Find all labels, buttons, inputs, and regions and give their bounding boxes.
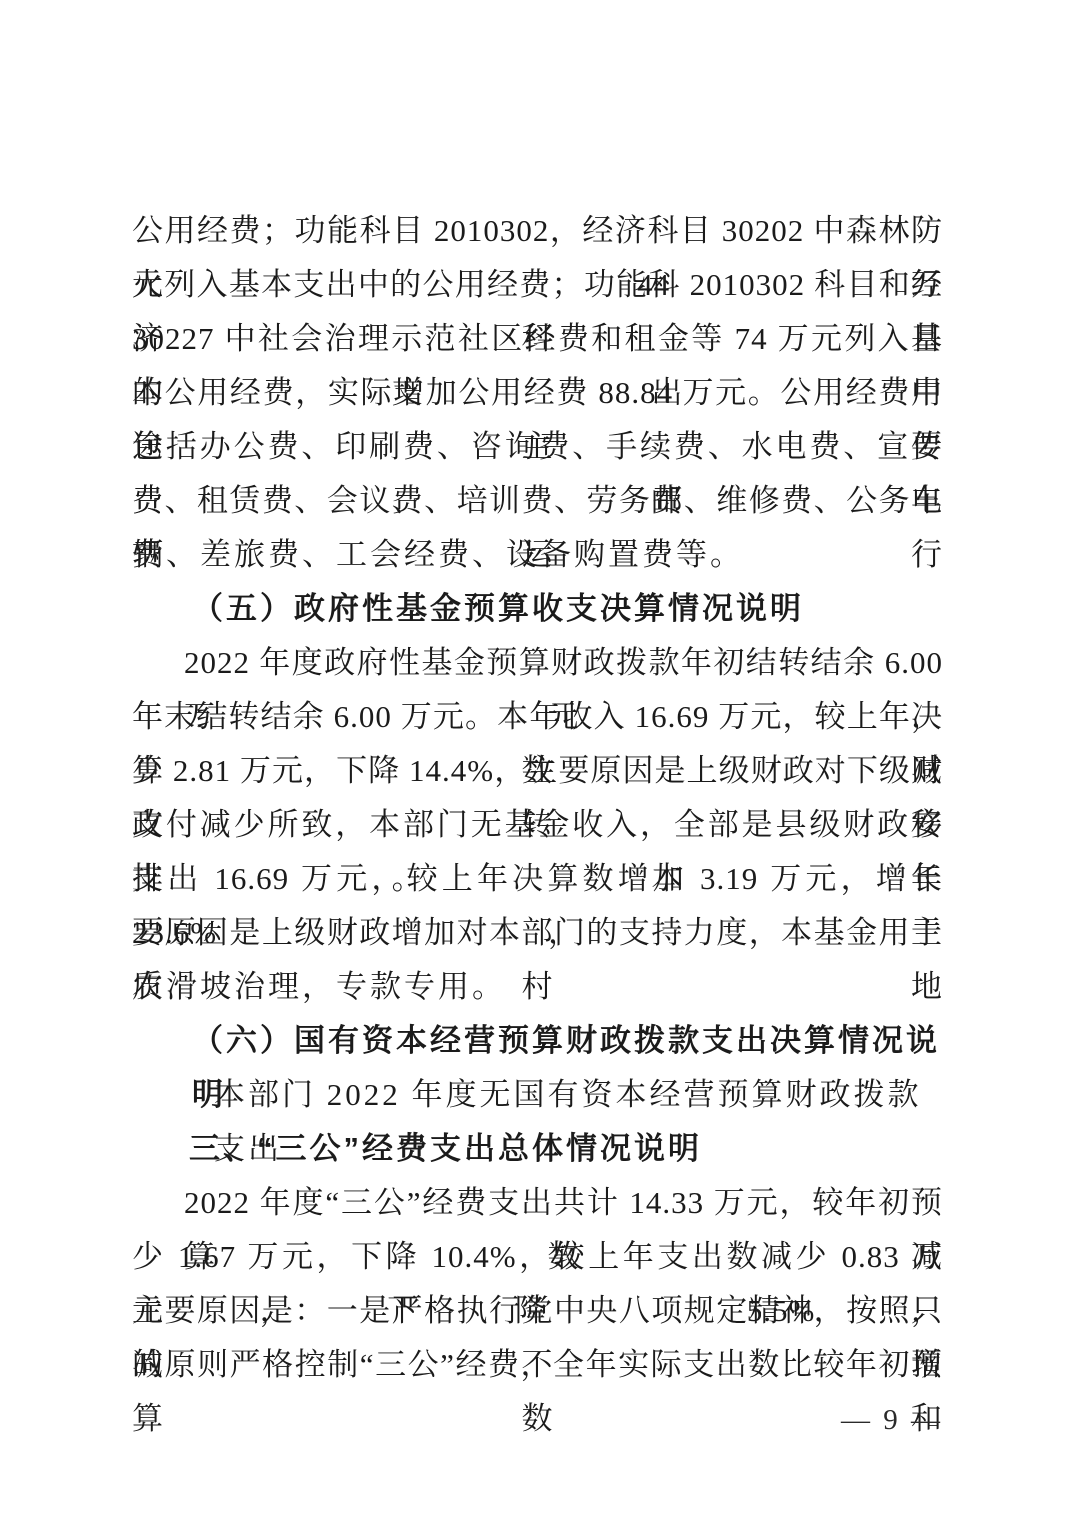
document-page: 公用经费；功能科目 2010302，经济科目 30202 中森林防火 44 万 … — [0, 0, 1074, 1520]
body-line: 公用经费；功能科目 2010302，经济科目 30202 中森林防火 44 万 — [132, 204, 943, 258]
body-line-indented: 本部门 2022 年度无国有资本经营预算财政拨款支出 — [132, 1068, 943, 1122]
body-line: 少 1.67 万元，下降 10.4%，较上年支出数减少 0.83 万元，下降 5… — [132, 1230, 943, 1284]
body-line: 主要原因是：一是严格执行党中央八项规定精神，按照只减不增 — [132, 1284, 943, 1338]
body-line: 元列入基本支出中的公用经费；功能科 2010302 科目和经济科目 — [132, 258, 943, 312]
section-heading-three-gong: 三、“三公”经费支出总体情况说明 — [132, 1122, 943, 1176]
body-line: 包括办公费、印刷费、咨询费、手续费、水电费、宣传费、邮电 — [132, 420, 943, 474]
body-line: 年末结转结余 6.00 万元。本年收入 16.69 万元，较上年决算数减 — [132, 690, 943, 744]
section-heading-six: （六）国有资本经营预算财政拨款支出决算情况说明 — [132, 1014, 943, 1068]
body-line: 支付减少所致，本部门无基金收入，全部是县级财政安排。本年 — [132, 798, 943, 852]
body-line: 的公用经费，实际增加公用经费 88.84 万元。公用经费用途主要 — [132, 366, 943, 420]
body-line-paragraph-start: 2022 年度政府性基金预算财政拨款年初结转结余 6.00 万元， — [132, 636, 943, 690]
document-body: 公用经费；功能科目 2010302，经济科目 30202 中森林防火 44 万 … — [132, 204, 943, 1392]
body-line: 要原因是上级财政增加对本部门的支持力度，本基金用于农村地 — [132, 906, 943, 960]
body-line: 支出 16.69 万元，较上年决算数增加 3.19 万元，增长 23.6%，主 — [132, 852, 943, 906]
body-line: 费、租赁费、会议费、培训费、劳务费、维修费、公务车辆运行 — [132, 474, 943, 528]
page-number: — 9 — — [841, 1400, 943, 1440]
body-line-paragraph-start: 2022 年度“三公”经费支出共计 14.33 万元，较年初预算数减 — [132, 1176, 943, 1230]
body-line: 的原则严格控制“三公”经费，全年实际支出数比较年初预算数和 — [132, 1338, 943, 1392]
body-line: 30227 中社会治理示范社区经费和租金等 74 万元列入基本支出中 — [132, 312, 943, 366]
body-line: 少 2.81 万元，下降 14.4%，主要原因是上级财政对下级财政转移 — [132, 744, 943, 798]
section-heading-five: （五）政府性基金预算收支决算情况说明 — [132, 582, 943, 636]
